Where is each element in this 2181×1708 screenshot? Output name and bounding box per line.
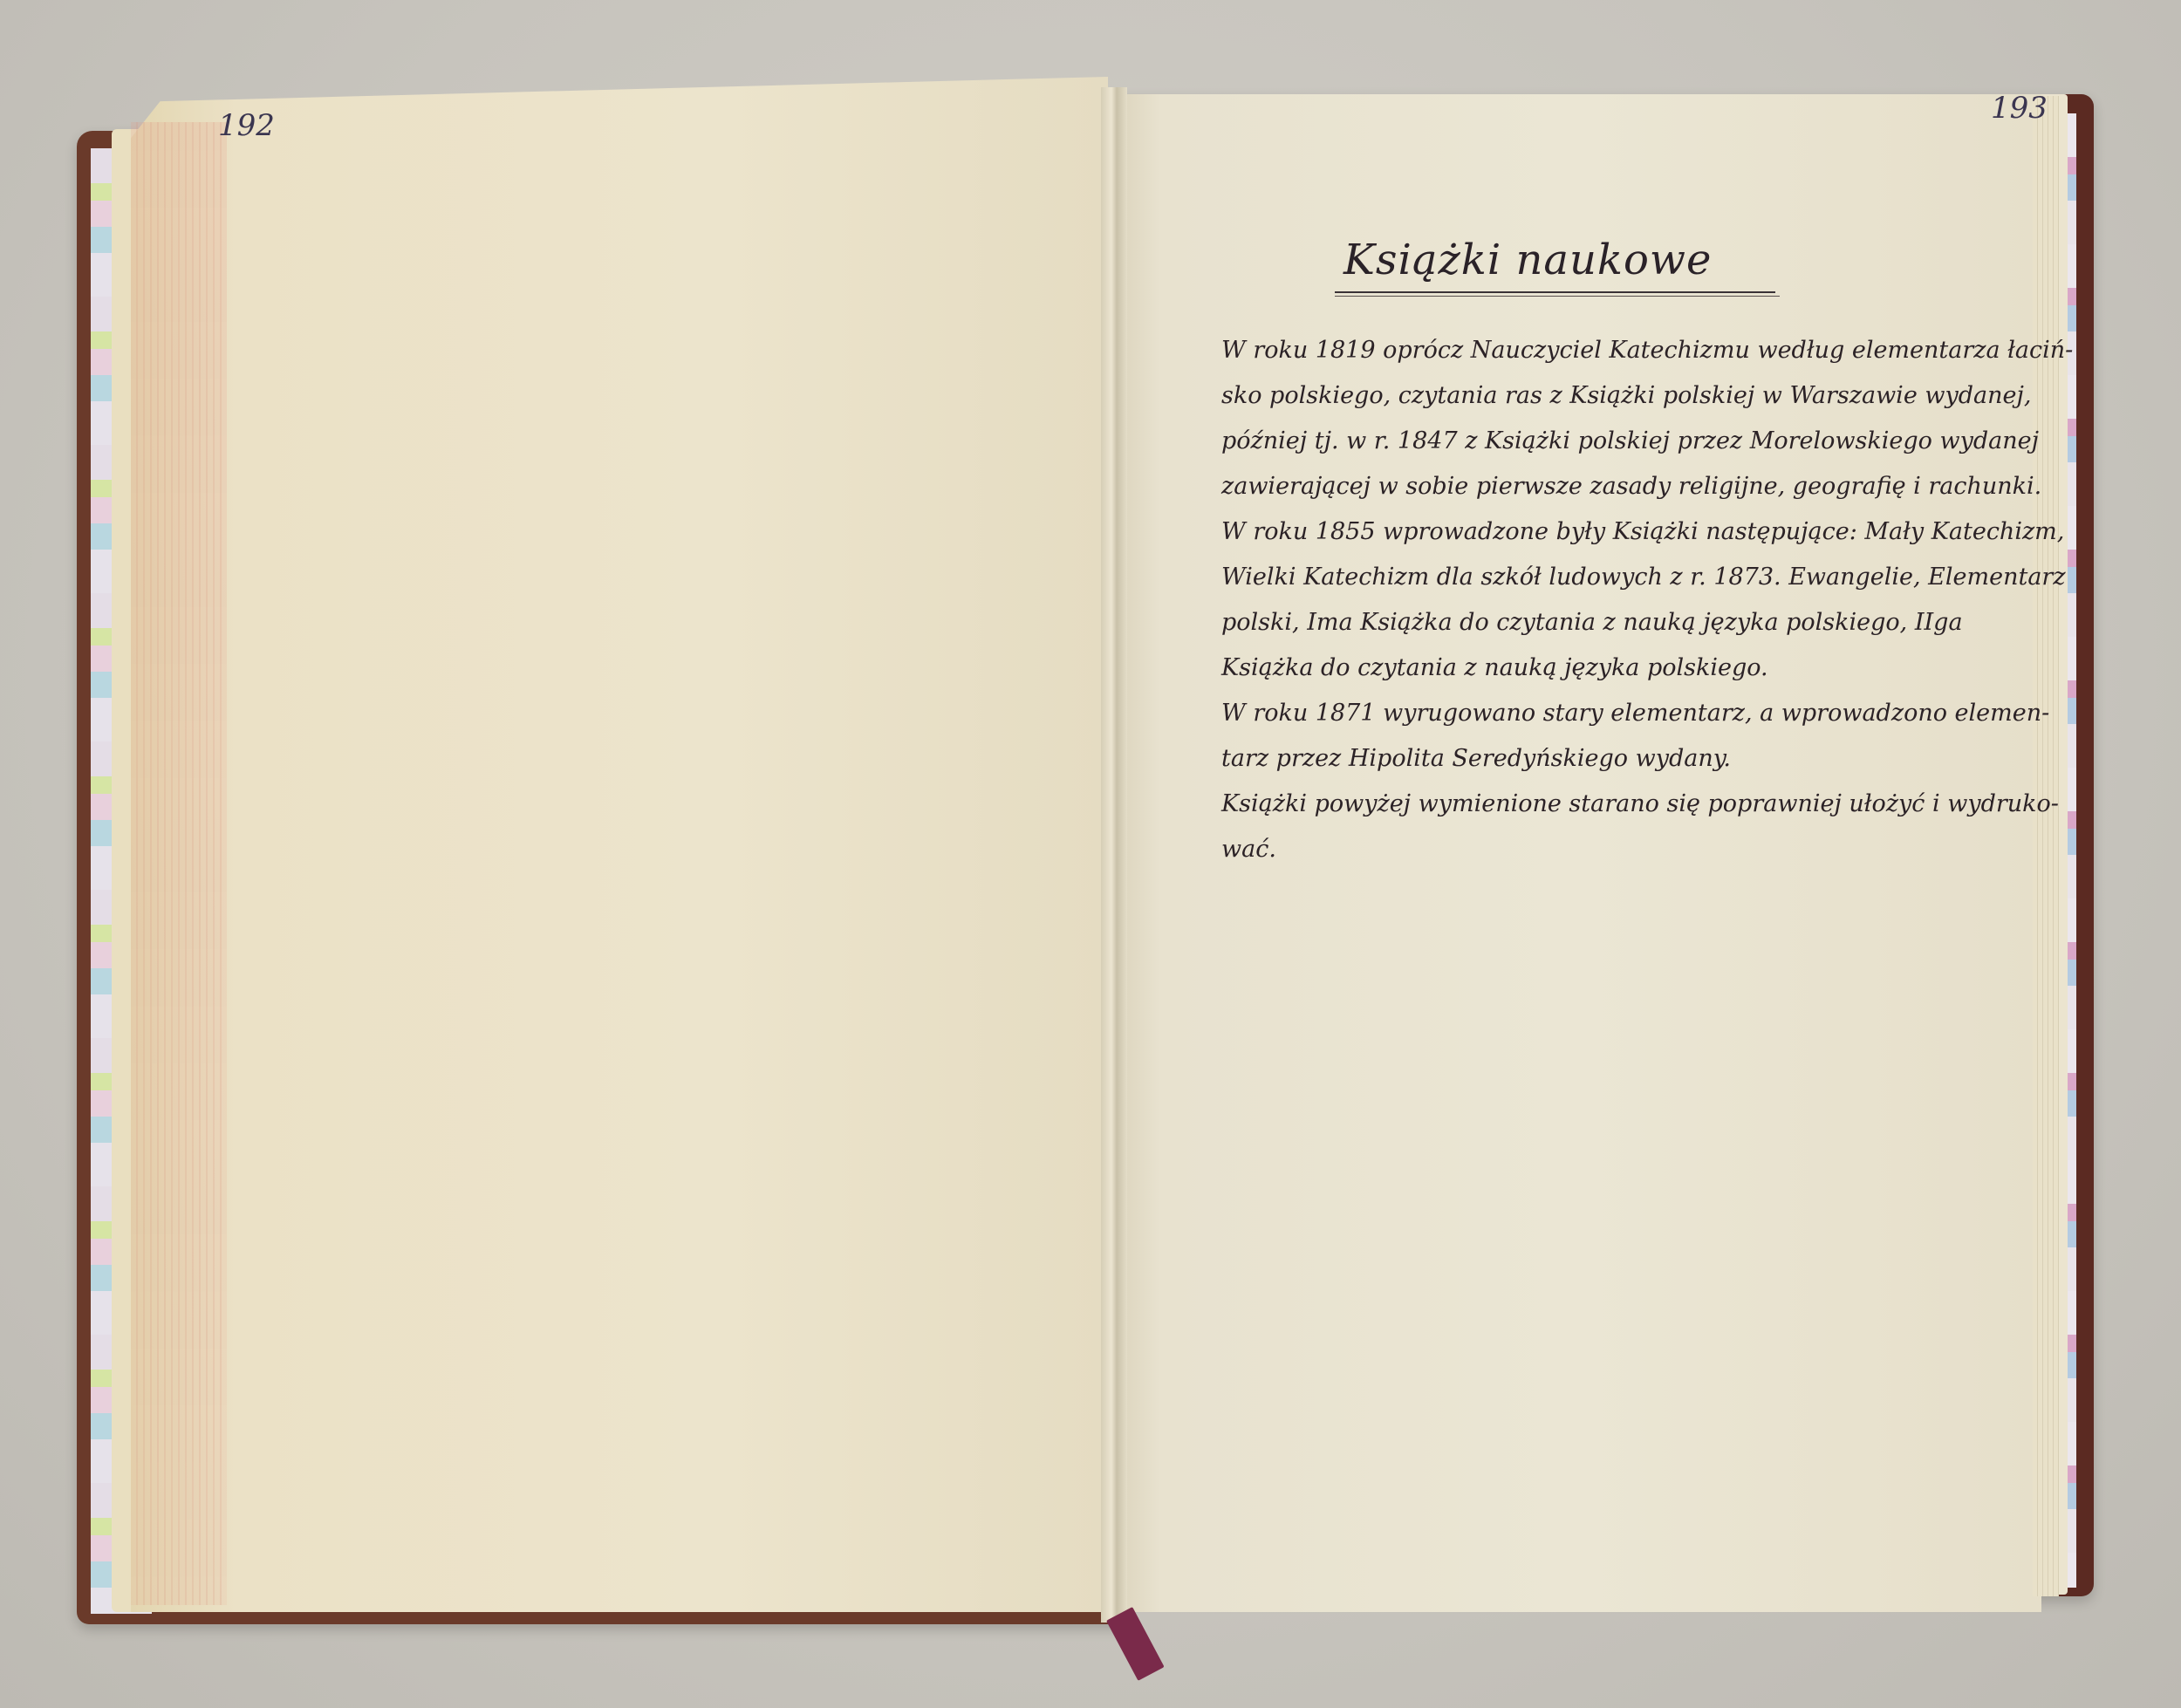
- text-line: sko polskiego, czytania ras z Książki po…: [1221, 373, 2007, 419]
- text-line: zawierającej w sobie pierwsze zasady rel…: [1221, 464, 2007, 509]
- text-line: W roku 1819 oprócz Nauczyciel Katechizmu…: [1221, 328, 2007, 373]
- text-line: tarz przez Hipolita Seredyńskiego wydany…: [1221, 736, 2007, 782]
- book-gutter: [1101, 87, 1127, 1623]
- page-edges-right: [2033, 96, 2059, 1596]
- heading-underline: [1335, 291, 1775, 293]
- folio-number-left: 192: [218, 108, 275, 143]
- page-heading: Książki naukowe: [1343, 236, 1780, 284]
- text-line: później tj. w r. 1847 z Książki polskiej…: [1221, 419, 2007, 464]
- text-line: wać.: [1221, 827, 2007, 872]
- text-line: Wielki Katechizm dla szkół ludowych z r.…: [1221, 555, 2007, 600]
- red-edge-stain: [131, 122, 227, 1605]
- handwritten-body: W roku 1819 oprócz Nauczyciel Katechizmu…: [1221, 328, 2007, 872]
- text-line: polski, Ima Książka do czytania z nauką …: [1221, 600, 2007, 646]
- text-line: Książka do czytania z nauką języka polsk…: [1221, 646, 2007, 691]
- heading-underline-secondary: [1335, 296, 1780, 297]
- left-page[interactable]: [131, 77, 1108, 1612]
- text-line: W roku 1855 wprowadzone były Książki nas…: [1221, 509, 2007, 555]
- text-line: W roku 1871 wyrugowano stary elementarz,…: [1221, 691, 2007, 736]
- folio-number-right: 193: [1991, 91, 2048, 126]
- text-line: Książki powyżej wymienione starano się p…: [1221, 782, 2007, 827]
